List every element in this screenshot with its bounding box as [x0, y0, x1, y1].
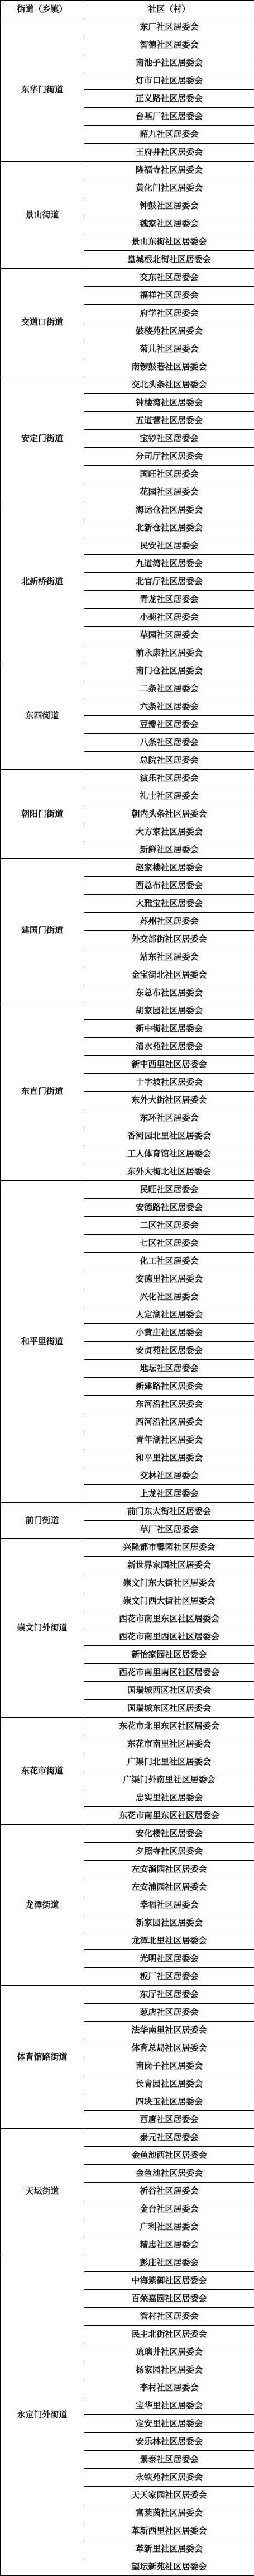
- community-name-cell: 清水苑社区居委会: [84, 1038, 254, 1056]
- community-name-cell: 富莱茵社区居委会: [84, 2504, 254, 2522]
- community-name-cell: 正义路社区居委会: [84, 90, 254, 108]
- community-name-cell: 苏州社区居委会: [84, 913, 254, 931]
- community-name-cell: 广利社区居委会: [84, 2218, 254, 2236]
- table-row: 建国门街道赵家楼社区居委会: [1, 859, 254, 877]
- street-column-header: 街道（乡镇）: [1, 1, 84, 18]
- street-name-cell: 朝阳门街道: [1, 770, 84, 859]
- community-name-cell: 西花市南里南区社区居委会: [84, 1664, 254, 1682]
- header-row: 街道（乡镇） 社区（村）: [1, 1, 254, 18]
- community-name-cell: 朝内头条社区居委会: [84, 805, 254, 823]
- community-name-cell: 胡家园社区居委会: [84, 1002, 254, 1020]
- community-name-cell: 幸福社区居委会: [84, 1896, 254, 1914]
- community-name-cell: 葱店社区居委会: [84, 2004, 254, 2022]
- community-table: 街道（乡镇） 社区（村） 东华门街道东厂社区居委会智德社区居委会南池子社区居委会…: [0, 0, 254, 2576]
- community-name-cell: 兴隆都市馨园社区居委会: [84, 1539, 254, 1557]
- community-name-cell: 兴化社区居委会: [84, 1288, 254, 1306]
- community-name-cell: 景山东街社区居委会: [84, 233, 254, 251]
- community-name-cell: 小菊社区居委会: [84, 609, 254, 627]
- table-row: 前门街道前门东大街社区居委会: [1, 1503, 254, 1521]
- community-name-cell: 光明社区居委会: [84, 1950, 254, 1968]
- street-name-cell: 龙潭街道: [1, 1825, 84, 1986]
- community-name-cell: 南池子社区居委会: [84, 54, 254, 72]
- street-name-cell: 天坛街道: [1, 2129, 84, 2254]
- community-name-cell: 彭庄社区居委会: [84, 2254, 254, 2272]
- community-name-cell: 四块玉社区居委会: [84, 2093, 254, 2111]
- community-name-cell: 五道营社区居委会: [84, 412, 254, 430]
- community-name-cell: 化工社区居委会: [84, 1253, 254, 1270]
- street-name-cell: 东四街道: [1, 662, 84, 770]
- community-name-cell: 安德路社区居委会: [84, 1199, 254, 1217]
- table-row: 东花市街道东花市北里东区社区居委会: [1, 1718, 254, 1735]
- community-name-cell: 鼓楼苑社区居委会: [84, 322, 254, 340]
- community-name-cell: 皇城根北街社区居委会: [84, 251, 254, 269]
- community-name-cell: 北新仓社区居委会: [84, 519, 254, 537]
- community-name-cell: 新建路社区居委会: [84, 1378, 254, 1396]
- community-name-cell: 大方家社区居委会: [84, 823, 254, 841]
- community-name-cell: 民主北街社区居委会: [84, 2326, 254, 2343]
- community-name-cell: 菊儿社区居委会: [84, 340, 254, 358]
- community-name-cell: 钟楼湾社区居委会: [84, 394, 254, 412]
- community-name-cell: 智德社区居委会: [84, 36, 254, 54]
- community-name-cell: 小黄庄社区居委会: [84, 1324, 254, 1342]
- community-name-cell: 北官厅社区居委会: [84, 573, 254, 591]
- community-name-cell: 青年湖社区居委会: [84, 1431, 254, 1449]
- community-name-cell: 南门仓社区居委会: [84, 662, 254, 680]
- community-name-cell: 百荣嘉园社区居委会: [84, 2290, 254, 2308]
- community-name-cell: 交北头条社区居委会: [84, 376, 254, 394]
- community-name-cell: 新中街社区居委会: [84, 1020, 254, 1038]
- community-name-cell: 上龙社区居委会: [84, 1485, 254, 1503]
- community-name-cell: 十字坡社区居委会: [84, 1074, 254, 1092]
- community-name-cell: 李村社区居委会: [84, 2379, 254, 2397]
- community-name-cell: 西河沿社区居委会: [84, 1413, 254, 1431]
- community-name-cell: 大雅宝社区居委会: [84, 895, 254, 913]
- community-name-cell: 景泰社区居委会: [84, 2451, 254, 2469]
- street-name-cell: 东直门街道: [1, 1002, 84, 1181]
- community-name-cell: 香河园北里社区居委会: [84, 1127, 254, 1145]
- community-name-cell: 夕照寺社区居委会: [84, 1843, 254, 1861]
- community-name-cell: 宝华里社区居委会: [84, 2397, 254, 2415]
- community-name-cell: 精忠社区居委会: [84, 2236, 254, 2254]
- table-row: 东四街道南门仓社区居委会: [1, 662, 254, 680]
- community-name-cell: 东花市北里东区社区居委会: [84, 1718, 254, 1735]
- community-name-cell: 前永康社区居委会: [84, 644, 254, 662]
- table-row: 龙潭街道安化楼社区居委会: [1, 1825, 254, 1843]
- community-name-cell: 交林社区居委会: [84, 1467, 254, 1485]
- community-name-cell: 金鱼池社区居委会: [84, 2165, 254, 2183]
- community-name-cell: 钟鼓社区居委会: [84, 197, 254, 215]
- community-name-cell: 祈谷社区居委会: [84, 2183, 254, 2200]
- community-name-cell: 工人体育馆社区居委会: [84, 1145, 254, 1163]
- community-name-cell: 外交部街社区居委会: [84, 931, 254, 948]
- community-name-cell: 六条社区居委会: [84, 698, 254, 716]
- community-name-cell: 革新西里社区居委会: [84, 2522, 254, 2540]
- community-name-cell: 崇文门东大街社区居委会: [84, 1574, 254, 1592]
- street-name-cell: 体育馆路街道: [1, 1986, 84, 2129]
- community-name-cell: 南岗子社区居委会: [84, 2057, 254, 2075]
- street-name-cell: 和平里街道: [1, 1181, 84, 1503]
- table-row: 景山街道隆福寺社区居委会: [1, 162, 254, 179]
- community-name-cell: 西花市南里西区社区居委会: [84, 1628, 254, 1646]
- community-name-cell: 广渠门北里社区居委会: [84, 1753, 254, 1771]
- community-name-cell: 国瑞城西区社区居委会: [84, 1682, 254, 1700]
- street-name-cell: 永定门外街道: [1, 2254, 84, 2576]
- community-name-cell: 琉璃井社区居委会: [84, 2343, 254, 2361]
- community-name-cell: 草园社区居委会: [84, 627, 254, 644]
- community-name-cell: 魏家社区居委会: [84, 215, 254, 233]
- community-name-cell: 安德里社区居委会: [84, 1270, 254, 1288]
- community-name-cell: 忠实里社区居委会: [84, 1789, 254, 1807]
- community-name-cell: 东河沿社区居委会: [84, 1396, 254, 1413]
- table-row: 天坛街道泰元社区居委会: [1, 2129, 254, 2147]
- community-name-cell: 东外大街北社区居委会: [84, 1163, 254, 1181]
- table-row: 东直门街道胡家园社区居委会: [1, 1002, 254, 1020]
- community-name-cell: 中海紫御社区居委会: [84, 2272, 254, 2290]
- table-row: 交道口街道交东社区居委会: [1, 269, 254, 287]
- community-name-cell: 永铁苑社区居委会: [84, 2469, 254, 2487]
- street-name-cell: 景山街道: [1, 162, 84, 269]
- community-name-cell: 九道湾社区居委会: [84, 555, 254, 573]
- community-name-cell: 站东社区居委会: [84, 948, 254, 966]
- table-row: 北新桥街道海运仓社区居委会: [1, 501, 254, 519]
- community-name-cell: 法华南里社区居委会: [84, 2022, 254, 2039]
- community-name-cell: 韶九社区居委会: [84, 126, 254, 144]
- community-name-cell: 隆福寺社区居委会: [84, 162, 254, 179]
- table-row: 东华门街道东厂社区居委会: [1, 18, 254, 36]
- community-name-cell: 海运仓社区居委会: [84, 501, 254, 519]
- community-name-cell: 新家园社区居委会: [84, 1914, 254, 1932]
- community-name-cell: 花园社区居委会: [84, 483, 254, 501]
- community-name-cell: 二区社区居委会: [84, 1217, 254, 1235]
- community-name-cell: 宝钞社区居委会: [84, 430, 254, 448]
- community-name-cell: 和平里社区居委会: [84, 1449, 254, 1467]
- table-row: 崇文门外街道兴隆都市馨园社区居委会: [1, 1539, 254, 1557]
- community-name-cell: 东厂社区居委会: [84, 18, 254, 36]
- street-name-cell: 安定门街道: [1, 376, 84, 501]
- community-name-cell: 演乐社区居委会: [84, 770, 254, 787]
- community-name-cell: 安乐林社区居委会: [84, 2433, 254, 2451]
- community-name-cell: 新中西里社区居委会: [84, 1056, 254, 1074]
- street-name-cell: 东华门街道: [1, 18, 84, 162]
- community-name-cell: 革新里社区居委会: [84, 2540, 254, 2558]
- community-name-cell: 青龙社区居委会: [84, 591, 254, 609]
- community-name-cell: 前门东大街社区居委会: [84, 1503, 254, 1521]
- community-name-cell: 东总布社区居委会: [84, 984, 254, 1002]
- community-name-cell: 杨家园社区居委会: [84, 2361, 254, 2379]
- street-name-cell: 交道口街道: [1, 269, 84, 376]
- table-row: 朝阳门街道演乐社区居委会: [1, 770, 254, 787]
- community-name-cell: 地坛社区居委会: [84, 1360, 254, 1378]
- community-name-cell: 安化楼社区居委会: [84, 1825, 254, 1843]
- community-name-cell: 东环社区居委会: [84, 1109, 254, 1127]
- community-name-cell: 东厅社区居委会: [84, 1986, 254, 2004]
- community-name-cell: 七区社区居委会: [84, 1235, 254, 1253]
- community-name-cell: 新怡家园社区居委会: [84, 1646, 254, 1664]
- community-name-cell: 总院社区居委会: [84, 752, 254, 770]
- community-name-cell: 人定湖社区居委会: [84, 1306, 254, 1324]
- community-name-cell: 长青园社区居委会: [84, 2075, 254, 2093]
- community-name-cell: 交东社区居委会: [84, 269, 254, 287]
- community-name-cell: 东外大街社区居委会: [84, 1092, 254, 1109]
- community-name-cell: 西花市南里东区社区居委会: [84, 1610, 254, 1628]
- community-name-cell: 赵家楼社区居委会: [84, 859, 254, 877]
- street-name-cell: 崇文门外街道: [1, 1539, 84, 1718]
- community-name-cell: 礼士社区居委会: [84, 787, 254, 805]
- community-name-cell: 灯市口社区居委会: [84, 72, 254, 90]
- community-name-cell: 东花市南里社区居委会: [84, 1735, 254, 1753]
- street-name-cell: 前门街道: [1, 1503, 84, 1539]
- community-name-cell: 八条社区居委会: [84, 734, 254, 752]
- community-name-cell: 福祥社区居委会: [84, 287, 254, 305]
- table-body: 东华门街道东厂社区居委会智德社区居委会南池子社区居委会灯市口社区居委会正义路社区…: [1, 18, 254, 2576]
- community-name-cell: 望坛新苑社区居委会: [84, 2558, 254, 2576]
- table-row: 体育馆路街道东厅社区居委会: [1, 1986, 254, 2004]
- community-name-cell: 分司厅社区居委会: [84, 448, 254, 466]
- community-name-cell: 二条社区居委会: [84, 680, 254, 698]
- community-column-header: 社区（村）: [84, 1, 254, 18]
- community-name-cell: 西总布社区居委会: [84, 877, 254, 895]
- community-name-cell: 府学社区居委会: [84, 305, 254, 322]
- street-name-cell: 东花市街道: [1, 1718, 84, 1825]
- community-name-cell: 安贞苑社区居委会: [84, 1342, 254, 1360]
- community-name-cell: 新鲜社区居委会: [84, 841, 254, 859]
- community-name-cell: 左安漪园社区居委会: [84, 1861, 254, 1878]
- community-name-cell: 金宝街北社区居委会: [84, 966, 254, 984]
- community-name-cell: 民旺社区居委会: [84, 1181, 254, 1199]
- community-name-cell: 定安里社区居委会: [84, 2415, 254, 2433]
- community-name-cell: 左安浦园社区居委会: [84, 1878, 254, 1896]
- community-name-cell: 东花市南里东区社区居委会: [84, 1807, 254, 1825]
- community-name-cell: 台基厂社区居委会: [84, 108, 254, 126]
- community-name-cell: 泰元社区居委会: [84, 2129, 254, 2147]
- table-row: 和平里街道民旺社区居委会: [1, 1181, 254, 1199]
- table-row: 永定门外街道彭庄社区居委会: [1, 2254, 254, 2272]
- community-name-cell: 管村社区居委会: [84, 2308, 254, 2326]
- community-name-cell: 草厂社区居委会: [84, 1521, 254, 1539]
- community-name-cell: 民安社区居委会: [84, 537, 254, 555]
- community-name-cell: 龙潭北里社区居委会: [84, 1932, 254, 1950]
- community-name-cell: 板厂社区居委会: [84, 1968, 254, 1986]
- community-name-cell: 黄化门社区居委会: [84, 179, 254, 197]
- community-name-cell: 广渠门外南里社区居委会: [84, 1771, 254, 1789]
- table-row: 安定门街道交北头条社区居委会: [1, 376, 254, 394]
- community-name-cell: 南锣鼓巷社区居委会: [84, 358, 254, 376]
- community-name-cell: 体育总局社区居委会: [84, 2039, 254, 2057]
- community-name-cell: 天天家园社区居委会: [84, 2487, 254, 2504]
- community-name-cell: 国瑞城东区社区居委会: [84, 1700, 254, 1718]
- community-name-cell: 王府井社区居委会: [84, 144, 254, 162]
- community-name-cell: 新世界家园社区居委会: [84, 1557, 254, 1574]
- street-name-cell: 建国门街道: [1, 859, 84, 1002]
- community-name-cell: 金鱼池西社区居委会: [84, 2147, 254, 2165]
- community-name-cell: 崇文门西大街社区居委会: [84, 1592, 254, 1610]
- community-name-cell: 国旺社区居委会: [84, 466, 254, 483]
- street-name-cell: 北新桥街道: [1, 501, 84, 662]
- community-name-cell: 豆瓣社区居委会: [84, 716, 254, 734]
- community-name-cell: 西唐社区居委会: [84, 2111, 254, 2129]
- community-name-cell: 金台社区居委会: [84, 2200, 254, 2218]
